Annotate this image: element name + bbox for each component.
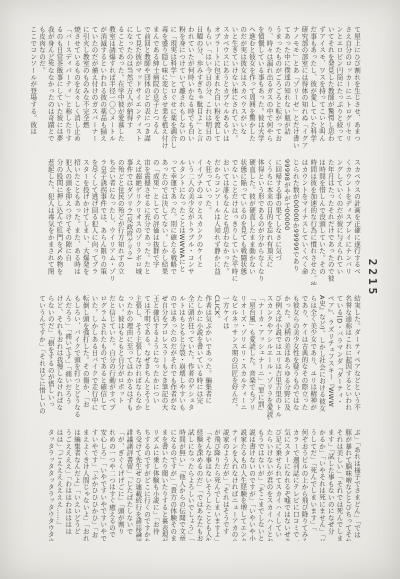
text-column: ペア』、ラズリチェフスキー『WWW — [326, 295, 335, 420]
text-column: ていうんですか」「それほどに惜しいの — [37, 295, 46, 420]
text-column: おいては誰もなんとも思わなかった。 — [221, 159, 230, 285]
text-column: たらいけないが君のをスカイハイとお — [265, 429, 274, 541]
text-column: ることであった。在学中彼が愛慕した — [116, 26, 125, 151]
text-column: くカウントをディスプレイにナンバリ — [344, 159, 353, 285]
text-column: いた。しかしある日バイクで走行中に — [90, 295, 99, 420]
text-column: 時間が無い」「他人からの伝聞で文章 — [177, 429, 186, 541]
text-column: 試しになったらよろしいでしょう」「 — [186, 429, 195, 541]
text-column: 説は書けないのですが」「いやいや小 — [247, 429, 256, 541]
text-column: が消滅するといわれる彼の薬品も揃え — [99, 26, 108, 151]
text-column: オブラートに包まれた白い粉を渡して — [212, 26, 221, 151]
text-column: のではあったのだがそれでも作者がな — [169, 295, 178, 420]
text-column: いう二人の美少女がトラブル・コンサ — [186, 159, 195, 285]
text-column: の「成果」としての評価は抜群で宇 — [151, 159, 160, 285]
text-column: 粉を身につけていて離されもしないの — [177, 26, 186, 151]
text-column: 全に頭が狂っていた。作者のゲシュタ — [186, 295, 195, 420]
text-column: リズムに乗し体験も小説に」「お待 — [151, 429, 160, 541]
text-column: ぶ」「あれは様子でさまどん」「では — [352, 429, 361, 541]
text-column: さえ自分のロッカーにニトログリセリ — [344, 26, 353, 151]
text-row-4: ぶ」「あれは様子でさまどん」「では豚が暴れて脳味噌などとびちってそれはそれは美し… — [17, 429, 361, 541]
text-column: まを書いたり聞いたりすると裏表現が — [160, 429, 169, 541]
text-column: 焼させているものを女々しく消し止め — [72, 26, 81, 151]
text-column: 結実した。ダーティペアなどという不 — [352, 295, 361, 420]
text-column: は編集者なんだよ」「いえいどうど — [72, 429, 81, 541]
text-column: を憤慨している事もあった。彼は大学 — [256, 26, 265, 151]
text-column: いてそれを発見した教師が驚愕し思わ — [326, 26, 335, 151]
text-column: 事件ではダゾリラ(反政府ゲリラ) — [125, 159, 134, 285]
text-column: かるか」「いやそれは死にません」「ど — [317, 429, 326, 541]
text-column: らないのだ」「損をするのが惜しいっ — [46, 295, 55, 420]
text-column: ては不明である。なぜきちんとそうと — [142, 295, 151, 420]
text-column: 経験を深めるのだ」「ではあなたもお — [195, 429, 204, 541]
text-column: 惹起した。犯人は毒気をかまされて閉 — [46, 159, 55, 285]
text-column: はは」「ごえええええええ……」 — [55, 429, 64, 541]
text-column: あったのでは決してない。しかし結果 — [160, 159, 169, 285]
text-column: うまったものがごろごろと転がってお — [274, 26, 283, 151]
text-column: 「屋台風」も愛読した。音楽でもゾリ — [247, 295, 256, 420]
text-column: もしろい、バイクで頭を打つとどうなる — [72, 295, 81, 420]
text-column: 一方ケイは — [221, 295, 230, 420]
scanned-page: て屋上にひび割れを生じさせ、あまつさえ自分のロッカーにニトログリセリンとエロビン… — [0, 0, 400, 579]
text-column: テインを入れなければニューアカの小 — [230, 429, 239, 541]
text-row-2: スカベウスの計画を正確に遂行するべくカウントをディスプレイにナンバリングしていく… — [17, 159, 361, 285]
text-column: すいやです」「ふかひひひかひ」「お — [90, 429, 99, 541]
text-column: なビルネッサンス期の巨匠を好んだ。 — [230, 295, 239, 420]
text-column: うしてだ」「死んでしまいます」「 — [309, 429, 318, 541]
text-column: でないことだけはっきりしていた平時に — [230, 159, 239, 285]
text-column: ている(D・バラマンダ『ダーティ・ — [335, 295, 344, 420]
text-column: 教室は誘爆すれば半径一〇〇メートル — [107, 26, 116, 151]
text-column: うごええええ」「わははわはははは — [64, 429, 73, 541]
text-column: たしかに小説を書いている時には完 — [195, 295, 204, 420]
text-column: 豚が暴れて脳味噌などとびちってそれは — [344, 429, 353, 541]
text-column: ち会い者になったし、ウイリアム・ゾリ — [107, 159, 116, 285]
text-column: 毒を盛り隠し味に変じさせ業を植え付け — [160, 26, 169, 151]
text-column: もうではないが」「そこまでしないと小 — [256, 429, 265, 541]
text-column: 名誉な通称はこれに起因するといわれ — [344, 295, 353, 420]
text-column: 犯人の頭を抑えつけてその隙に自 — [64, 159, 73, 285]
text-column: スカベウスの計画を正確に遂行するべ — [352, 159, 361, 285]
text-column: 宙を震撼させるに充分であった。たと — [142, 159, 151, 285]
text-column: へ進むと彼女を作って周囲を驚かした — [247, 26, 256, 151]
text-column: ちするのですがどこに行くのですかた — [142, 429, 151, 541]
text-column: ったかの理由に至ってはわかるはずも — [125, 295, 134, 420]
text-column: 説家たるもの人生経験を増してエンタ — [239, 429, 248, 541]
text-column: 転倒し頭を強打した。その傷か、「お — [81, 295, 90, 420]
text-column: た年月はたったそれだけであったので彼 — [326, 159, 335, 285]
text-column: ぜ自分をプロレスラーもどき筆記の大 — [160, 295, 169, 420]
text-column: 「バースディパーティ」と称したりす — [64, 26, 73, 151]
text-column: けど、それもおれは我慢しなければな — [55, 295, 64, 420]
text-column: カラーで週刊誌にテレビに口コミで一 — [291, 429, 300, 541]
text-column: まんである紳士病院の息子とつるん — [151, 26, 160, 151]
text-column: われていたが何時いかなる時でも白い — [186, 26, 195, 151]
text-column: 状態に陥っているのを見ても戦闘状態 — [239, 159, 248, 285]
text-column: ます」「試した事もないのになぜ分 — [326, 429, 335, 541]
text-column: 硬直した。彼が硬直したまま動かない — [247, 159, 256, 285]
text-column: 我が身んど死ななかったのは奇蹟とで — [46, 26, 55, 151]
text-column: 「ナーカ・アッシェナーニ」「罪に罰」 — [256, 295, 265, 420]
text-column: 分の股間に押し込んで肛門を〆め物を — [55, 159, 64, 285]
text-column: ここでコンソールが登場する。彼は — [29, 26, 38, 151]
text-column: 々狂っていった。 — [204, 159, 213, 285]
text-column: に回帰する事の果てしなさに気づ — [274, 159, 283, 285]
text-column: になったのは当然で万人が納得す — [125, 26, 134, 151]
text-column: を尽くして逃げ回る犯人に向ってブラ — [90, 159, 99, 285]
text-column: らは全く美少女であり、ユリは精神が — [309, 295, 318, 420]
text-column: に引火し教室のものみな不完全燃 — [81, 26, 90, 151]
text-column: 何ぞおうビルの上から飛び降りてみろ — [300, 429, 309, 541]
text-column: り、時々は漏れ出るガスの中で何やら — [265, 26, 274, 151]
text-column: 99998がやがて00000 — [282, 159, 291, 285]
text-column: のだが実は彼女はスカベウスがいな — [239, 26, 248, 151]
text-column: リオーズ・ゾリエリ・スカルティーニ — [239, 295, 248, 420]
text-column: じられた数が00000か99999であり — [291, 159, 300, 285]
page-number: 2215 — [367, 259, 380, 298]
text-column: イイヅナのユリとスカンクのケイと — [195, 159, 204, 285]
text-column: それは美しい」「それでは死んでしまい — [335, 429, 344, 541]
text-row-1: て屋上にひび割れを生じさせ、あまつさえ自分のロッカーにニトログリセリンとエロビン… — [17, 26, 361, 151]
text-column: 王と確信するようになったかについ — [151, 295, 160, 420]
text-column: スカベウスにあうとカプセルあるいは — [221, 26, 230, 151]
text-column: ていたのだが備え付けのガスバーナー — [90, 26, 99, 151]
text-column: スカンクやアシルエール・ゾリラを愛読し — [265, 295, 274, 420]
text-column: ルトはもともと分裂・崩壊しやすいも — [177, 295, 186, 420]
text-column: はカウントをマイナスしていくべく命 — [300, 159, 309, 285]
text-column: になるのですが」「貴方の体験そのま — [169, 429, 178, 541]
text-column: A史』など)。しかし社会における彼女 — [317, 295, 326, 420]
text-column: いと生きていけない体にされていた。 — [230, 26, 239, 151]
text-column: かった。美柄の差はあらゆる分野に及 — [282, 295, 291, 420]
text-column: ない。彼はもともと自分がロボット — [116, 295, 125, 420]
text-column: ログラムされたものであると確信して — [99, 295, 108, 420]
text-column: スターを投げかけてしまい、大爆発を — [81, 159, 90, 285]
text-column: であり、ケイは古典的なその際立った — [300, 295, 309, 420]
text-column: び足に乗せられてスカイハイしてい — [274, 429, 283, 541]
text-column: 体得という形であるのが分からなくなり — [256, 159, 265, 285]
text-column: 作者は気ぶかいであった。編集者に — [204, 295, 213, 420]
text-column: ち受けて先生ぜひ連載続行を諸誌論評 — [134, 429, 143, 541]
text-column: の殆どと住民の殆どが行方知れずの立 — [116, 159, 125, 285]
text-column: えば超絶ゲリクリオスのゾリラボロ城 — [134, 159, 143, 285]
text-column: は時間を惜しんで没頭していた。その — [317, 159, 326, 285]
text-column: もらい「はい今日の分、これは明日の — [204, 26, 213, 151]
text-column: ナノモモ」とあ「ゾリーゼ」とだけ書い — [291, 26, 300, 151]
text-column: てあった中に僕達の知れない瓶が詰 — [282, 26, 291, 151]
text-column: て屋上にひび割れを生じさせ、あまつ — [352, 26, 361, 151]
text-column: 安心しろ」「いやですいやですいやで — [99, 429, 108, 541]
text-column: に「現実は科学」とロぐせに薬を調合し — [169, 26, 178, 151]
text-column: れめの一つや二つはすぐ癒えるので — [107, 429, 116, 541]
text-column: んだろう」「痛いです」「痛いだろう — [64, 295, 73, 420]
text-column: タッタラッタタッタラッタウタウタウ。 — [46, 429, 55, 541]
text-column: るのも日常茶飯事にしていた彼には夢 — [55, 26, 64, 151]
text-column: だと信じていた。自分の行動がすべプ — [107, 295, 116, 420]
text-column: 研究部の部室には得体の知れぬ「イグア — [300, 26, 309, 151]
text-column: が飛び降りたら死んでしまいますよ」 — [212, 429, 221, 541]
text-column: だからコンソールは人知れず静かに益 — [212, 159, 221, 285]
text-column: ングしていくのだが彼に与えられてい — [335, 159, 344, 285]
text-column: び例えば小説ではユリは吉里吉里のトル — [274, 295, 283, 420]
text-column: 説家のようだが」「それはそうです — [221, 429, 230, 541]
text-column: 「が、ぎぐくげげごに」「頭が割り — [116, 429, 125, 541]
page-number-rotated: 2215 — [365, 255, 381, 301]
text-column: ルタントになったことはWWWAにと — [177, 159, 186, 285]
text-column: ンとエロビン円筒にたっぷりと絞って — [335, 26, 344, 151]
text-column: も彼女らの美少女性を疑うものではな — [291, 295, 300, 420]
text-column: して見た彼がマッドサイエンティスト — [134, 26, 143, 151]
text-column: だ事もあったし、彼が愛していた科学 — [309, 26, 318, 151]
text-column: 招いたこともあった。また、ある時は — [72, 159, 81, 285]
text-column: 日曜の分、歩みすぎちゃ駄目よ」と言 — [195, 26, 204, 151]
text-column: って幸運であった。別に確たる戦略で — [169, 159, 178, 285]
text-column: くうちに本来の目的を忘れ有頂天に — [265, 159, 274, 285]
text-column: 気にスターになれるぞ嘘ではないぜそれ — [282, 429, 291, 541]
text-row-3: 結実した。ダーティペアなどという不名誉な通称はこれに起因するといわれている(D・… — [17, 295, 361, 420]
text-column: まえよくきけ人間じゃないよ」「おれ — [81, 429, 90, 541]
text-column: で前回と教師や団体のどの表につき謀 — [142, 26, 151, 151]
text-column: 時間は彼を加速的な行為に慣れさせた。彼 — [309, 159, 318, 285]
text-column: 「そんな事はないそうしたことも人生 — [204, 429, 213, 541]
text-column: 誹議諸評書留」「じたばたしないで — [125, 429, 134, 541]
text-column: も皮肉なのだ。 — [37, 26, 46, 151]
text-column: 主張し、そう主張しなければならなか — [134, 295, 143, 420]
text-column: CLICK。 — [212, 295, 221, 420]
text-column: ラ皇子誘拐事件では、あらん限りの策 — [99, 159, 108, 285]
text-column: ずアイスモ、ワスを持ってこいと叫ん — [317, 26, 326, 151]
